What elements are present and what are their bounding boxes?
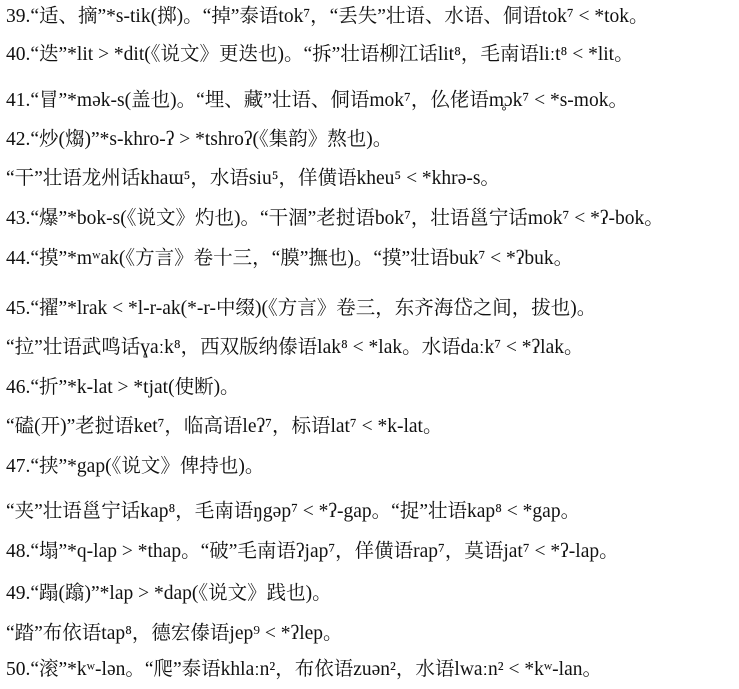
entry-41: 41.“冒”*mək-s(盖也)。“埋、藏”壮语、侗语mok⁷，仫佬语m̥ɔk⁷… (6, 86, 628, 116)
entry-text: “冒”*mək-s(盖也)。“埋、藏”壮语、侗语mok⁷，仫佬语m̥ɔk⁷ < … (30, 90, 628, 111)
entry-45: 45.“擢”*lrak < *l-r-ak(*-r-中缀)(《方言》卷三，东齐海… (6, 294, 596, 324)
entry-number: 48. (6, 541, 30, 562)
entry-49-continued: “踏”布依语tap⁸，德宏傣语jep⁹ < *ʔlep。 (6, 619, 343, 649)
document-page: 39.“适、摘”*s-tik(掷)。“掉”泰语tok⁷，“丢失”壮语、水语、侗语… (0, 0, 739, 689)
entry-text: “折”*k-lat > *tjat(使断)。 (30, 377, 239, 398)
entry-42: 42.“炒(煼)”*s-khro-ʔ > *tshroʔ(《集韵》熬也)。 (6, 125, 392, 155)
entry-number: 45. (6, 298, 30, 319)
entry-text: “爆”*bok-s(《说文》灼也)。“干涸”老挝语bok⁷，壮语邕宁话mok⁷ … (30, 208, 663, 229)
entry-42-continued: “干”壮语龙州话khaɯ⁵，水语siu⁵，佯僙语kheu⁵ < *khrə-s。 (6, 164, 500, 194)
entry-text: “夹”壮语邕宁话kap⁸，毛南语ŋgəp⁷ < *ʔ-gap。“捉”壮语kap⁸… (6, 501, 580, 522)
entry-text: “适、摘”*s-tik(掷)。“掉”泰语tok⁷，“丢失”壮语、水语、侗语tok… (30, 6, 648, 27)
entry-number: 49. (6, 583, 30, 604)
entry-number: 42. (6, 129, 30, 150)
entry-number: 46. (6, 377, 30, 398)
entry-text: “踏”布依语tap⁸，德宏傣语jep⁹ < *ʔlep。 (6, 623, 343, 644)
entry-44: 44.“摸”*mʷak(《方言》卷十三，“膜”撫也)。“摸”壮语buk⁷ < *… (6, 244, 573, 274)
entry-47-continued: “夹”壮语邕宁话kap⁸，毛南语ŋgəp⁷ < *ʔ-gap。“捉”壮语kap⁸… (6, 497, 580, 527)
entry-43: 43.“爆”*bok-s(《说文》灼也)。“干涸”老挝语bok⁷，壮语邕宁话mo… (6, 204, 664, 234)
entry-text: “拉”壮语武鸣话ɣaːk⁸，西双版纳傣语lak⁸ < *lak。水语daːk⁷ … (6, 337, 583, 358)
entry-number: 50. (6, 659, 30, 680)
entry-49: 49.“蹋(蹹)”*lap > *dap(《说文》践也)。 (6, 579, 332, 609)
entry-text: “迭”*lit > *dit(《说文》更迭也)。“拆”壮语柳江话lit⁸，毛南语… (30, 44, 633, 65)
entry-45-continued: “拉”壮语武鸣话ɣaːk⁸，西双版纳傣语lak⁸ < *lak。水语daːk⁷ … (6, 333, 583, 363)
entry-number: 39. (6, 6, 30, 27)
entry-text: “滚”*kʷ-lən。“爬”泰语khlaːn²，布依语zuən²，水语lwaːn… (30, 659, 602, 680)
entry-46-continued: “磕(开)”老挝语ket⁷，临高语leʔ⁷，标语lat⁷ < *k-lat。 (6, 412, 442, 442)
entry-text: “炒(煼)”*s-khro-ʔ > *tshroʔ(《集韵》熬也)。 (30, 129, 392, 150)
entry-47: 47.“挟”*gap(《说文》俾持也)。 (6, 452, 264, 482)
entry-number: 47. (6, 456, 30, 477)
entry-text: “蹋(蹹)”*lap > *dap(《说文》践也)。 (30, 583, 331, 604)
entry-number: 41. (6, 90, 30, 111)
entry-number: 43. (6, 208, 30, 229)
entry-text: “塌”*q-lap > *thap。“破”毛南语ʔjap⁷，佯僙语rap⁷，莫语… (30, 541, 618, 562)
entry-text: “挟”*gap(《说文》俾持也)。 (30, 456, 264, 477)
entry-number: 40. (6, 44, 30, 65)
entry-46: 46.“折”*k-lat > *tjat(使断)。 (6, 373, 240, 403)
entry-text: “干”壮语龙州话khaɯ⁵，水语siu⁵，佯僙语kheu⁵ < *khrə-s。 (6, 168, 500, 189)
entry-48: 48.“塌”*q-lap > *thap。“破”毛南语ʔjap⁷，佯僙语rap⁷… (6, 537, 619, 567)
entry-text: “擢”*lrak < *l-r-ak(*-r-中缀)(《方言》卷三，东齐海岱之间… (30, 298, 596, 319)
entry-40: 40.“迭”*lit > *dit(《说文》更迭也)。“拆”壮语柳江话lit⁸，… (6, 40, 634, 70)
entry-number: 44. (6, 248, 30, 269)
entry-text: “磕(开)”老挝语ket⁷，临高语leʔ⁷，标语lat⁷ < *k-lat。 (6, 416, 442, 437)
entry-text: “摸”*mʷak(《方言》卷十三，“膜”撫也)。“摸”壮语buk⁷ < *ʔbu… (30, 248, 573, 269)
entry-39: 39.“适、摘”*s-tik(掷)。“掉”泰语tok⁷，“丢失”壮语、水语、侗语… (6, 2, 649, 32)
entry-50: 50.“滚”*kʷ-lən。“爬”泰语khlaːn²，布依语zuən²，水语lw… (6, 655, 602, 685)
